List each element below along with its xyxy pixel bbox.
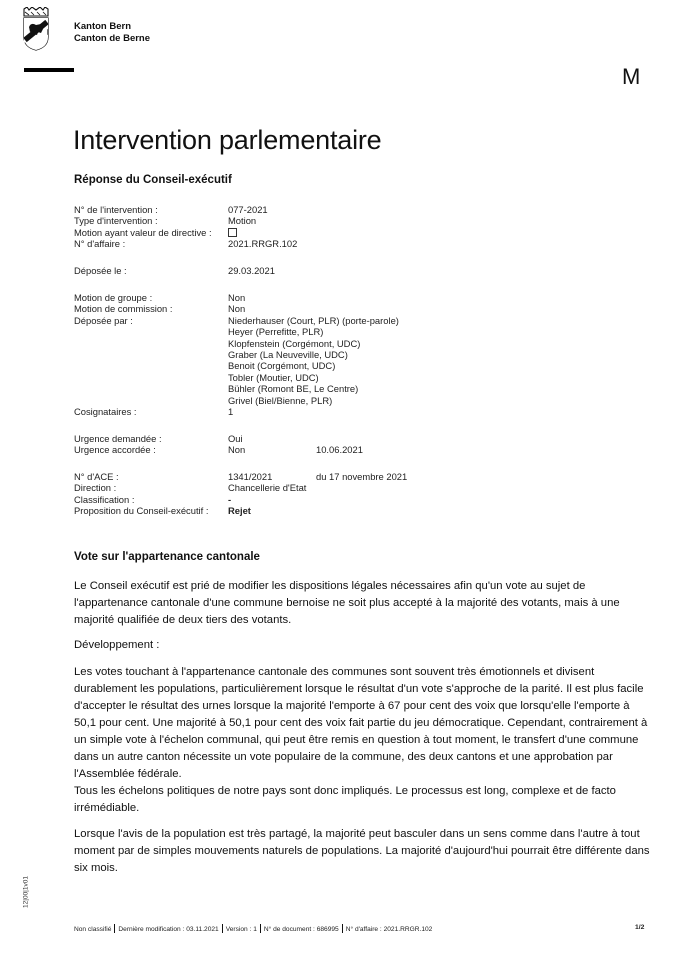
organization-name: Kanton Bern Canton de Berne	[74, 21, 150, 45]
author-name: Benoit (Corgémont, UDC)	[228, 360, 335, 371]
meta-row-deposee-par-cont: Heyer (Perrefitte, PLR)	[74, 326, 399, 337]
meta-value: Rejet	[228, 505, 251, 516]
author-name: Klopfenstein (Corgémont, UDC)	[228, 338, 360, 349]
meta-value: 29.03.2021	[228, 265, 275, 276]
meta-row-deposee-par: Déposée par : Niederhauser (Court, PLR) …	[74, 315, 399, 326]
meta-label: N° d'ACE :	[74, 471, 228, 482]
side-document-code: 12|00|1v01	[19, 870, 33, 914]
meta-value: Oui	[228, 433, 316, 444]
meta-label: Urgence demandée :	[74, 433, 228, 444]
footer-separator	[114, 924, 115, 933]
meta-value: 1341/2021	[228, 471, 316, 482]
footer-separator	[342, 924, 343, 933]
meta-value: Motion	[228, 215, 256, 226]
meta-block-decision: N° d'ACE : 1341/2021 du 17 novembre 2021…	[74, 471, 407, 517]
meta-value: Non	[228, 292, 245, 303]
footer: Non classifiéDernière modification : 03.…	[74, 924, 432, 933]
paragraph-request: Le Conseil exécutif est prié de modifier…	[74, 578, 654, 629]
meta-block-urgency: Urgence demandée : Oui Urgence accordée …	[74, 433, 363, 456]
meta-label: Urgence accordée :	[74, 444, 228, 455]
meta-value: Non	[228, 303, 245, 314]
meta-date: 10.06.2021	[316, 444, 363, 455]
meta-label: Type d'intervention :	[74, 215, 228, 226]
footer-last-modified: Dernière modification : 03.11.2021	[118, 926, 218, 933]
meta-row-motion-groupe: Motion de groupe : Non	[74, 292, 399, 303]
meta-row-direction: Direction : Chancellerie d'Etat	[74, 482, 407, 493]
meta-row-urgence-demandee: Urgence demandée : Oui	[74, 433, 363, 444]
meta-value: 077-2021	[228, 204, 268, 215]
side-code-text: 12|00|1v01	[23, 876, 30, 908]
meta-row-directive: Motion ayant valeur de directive :	[74, 227, 297, 238]
meta-block-identification: N° de l'intervention : 077-2021 Type d'i…	[74, 204, 297, 250]
meta-value: Chancellerie d'Etat	[228, 482, 306, 493]
meta-label: Direction :	[74, 482, 228, 493]
page-subtitle: Réponse du Conseil-exécutif	[74, 174, 232, 186]
page-number: 1/2	[635, 924, 644, 931]
meta-block-authors: Motion de groupe : Non Motion de commiss…	[74, 292, 399, 417]
meta-label: Motion de groupe :	[74, 292, 228, 303]
meta-row-ace-no: N° d'ACE : 1341/2021 du 17 novembre 2021	[74, 471, 407, 482]
meta-value: Niederhauser (Court, PLR) (porte-parole)	[228, 315, 399, 326]
meta-row-affaire-no: N° d'affaire : 2021.RRGR.102	[74, 238, 297, 249]
meta-row-deposee-par-cont: Bühler (Romont BE, Le Centre)	[74, 383, 399, 394]
directive-checkbox[interactable]	[228, 228, 237, 237]
author-name: Grivel (Biel/Bienne, PLR)	[228, 395, 332, 406]
meta-row-classification: Classification : -	[74, 494, 407, 505]
meta-date: du 17 novembre 2021	[316, 471, 407, 482]
meta-row-deposee-par-cont: Tobler (Moutier, UDC)	[74, 372, 399, 383]
meta-label: N° d'affaire :	[74, 238, 228, 249]
meta-label: Déposée par :	[74, 315, 228, 326]
meta-label: Déposée le :	[74, 265, 228, 276]
meta-label: Proposition du Conseil-exécutif :	[74, 505, 228, 516]
meta-value: 1	[228, 406, 233, 417]
paragraph-levels: Tous les échelons politiques de notre pa…	[74, 783, 654, 817]
footer-separator	[260, 924, 261, 933]
meta-value: Non	[228, 444, 316, 455]
corner-letter: M	[622, 64, 640, 90]
author-name: Tobler (Moutier, UDC)	[228, 372, 319, 383]
author-name: Bühler (Romont BE, Le Centre)	[228, 383, 358, 394]
meta-row-urgence-accordee: Urgence accordée : Non 10.06.2021	[74, 444, 363, 455]
meta-row-deposee-par-cont: Graber (La Neuveville, UDC)	[74, 349, 399, 360]
org-line-2: Canton de Berne	[74, 33, 150, 45]
paragraph-heading-development: Développement :	[74, 637, 654, 654]
section-title: Vote sur l'appartenance cantonale	[74, 551, 260, 563]
meta-label: Cosignataires :	[74, 406, 228, 417]
meta-row-intervention-type: Type d'intervention : Motion	[74, 215, 297, 226]
meta-label: N° de l'intervention :	[74, 204, 228, 215]
meta-row-intervention-no: N° de l'intervention : 077-2021	[74, 204, 297, 215]
paragraph-development: Les votes touchant à l'appartenance cant…	[74, 664, 654, 783]
footer-document-no: N° de document : 686995	[264, 926, 339, 933]
footer-classification: Non classifié	[74, 926, 111, 933]
org-line-1: Kanton Bern	[74, 21, 150, 33]
page-title: Intervention parlementaire	[73, 125, 381, 156]
meta-row-cosignataires: Cosignataires : 1	[74, 406, 399, 417]
footer-affaire-no: N° d'affaire : 2021.RRGR.102	[346, 926, 433, 933]
meta-value: 2021.RRGR.102	[228, 238, 297, 249]
bern-coat-of-arms-icon	[22, 7, 50, 51]
meta-row-deposee-par-cont: Klopfenstein (Corgémont, UDC)	[74, 338, 399, 349]
brand-bar-divider	[24, 68, 74, 72]
author-name: Heyer (Perrefitte, PLR)	[228, 326, 323, 337]
meta-label: Classification :	[74, 494, 228, 505]
meta-label: Motion ayant valeur de directive :	[74, 227, 228, 238]
meta-row-proposition: Proposition du Conseil-exécutif : Rejet	[74, 505, 407, 516]
meta-block-deposit: Déposée le : 29.03.2021	[74, 265, 275, 276]
meta-label: Motion de commission :	[74, 303, 228, 314]
meta-row-deposee-le: Déposée le : 29.03.2021	[74, 265, 275, 276]
meta-value	[228, 227, 237, 238]
meta-row-deposee-par-cont: Grivel (Biel/Bienne, PLR)	[74, 395, 399, 406]
author-name: Graber (La Neuveville, UDC)	[228, 349, 348, 360]
meta-row-deposee-par-cont: Benoit (Corgémont, UDC)	[74, 360, 399, 371]
paragraph-majority: Lorsque l'avis de la population est très…	[74, 826, 654, 877]
footer-version: Version : 1	[226, 926, 257, 933]
meta-row-motion-commission: Motion de commission : Non	[74, 303, 399, 314]
meta-value: -	[228, 494, 231, 505]
footer-separator	[222, 924, 223, 933]
